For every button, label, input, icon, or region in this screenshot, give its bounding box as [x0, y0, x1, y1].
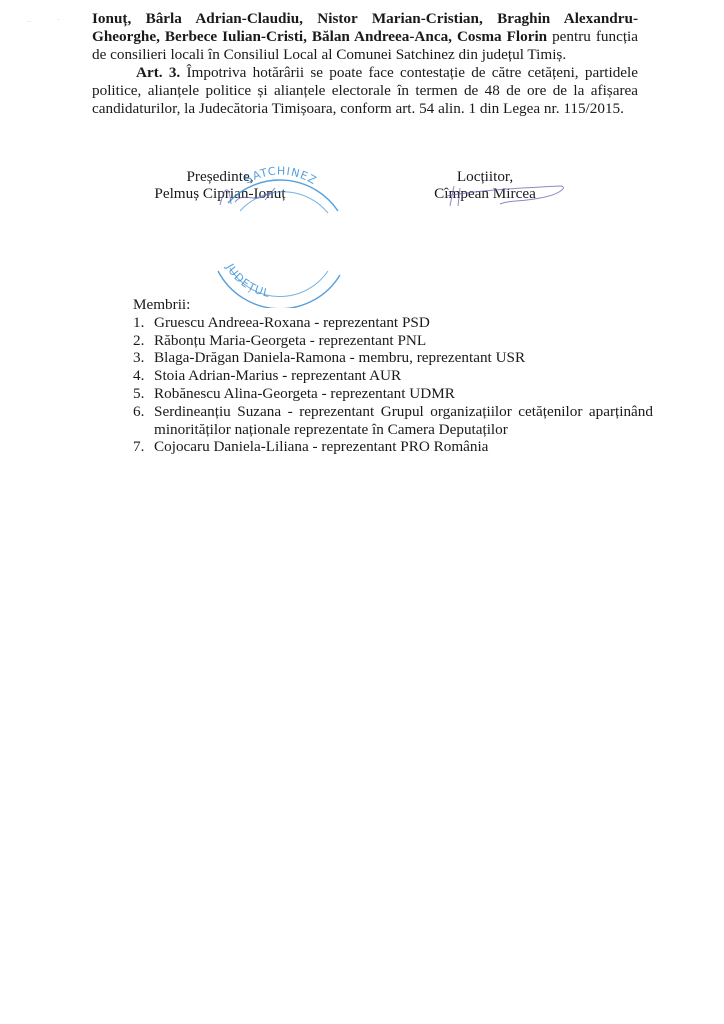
president-role: Președinte,	[145, 168, 295, 185]
member-item: 3.Blaga-Drăgan Daniela-Ramona - membru, …	[133, 349, 653, 367]
member-item: 1.Gruescu Andreea-Roxana - reprezentant …	[133, 314, 653, 332]
member-number: 2.	[133, 332, 144, 350]
member-number: 7.	[133, 438, 144, 456]
member-text: Răbonțu Maria-Georgeta - reprezentant PN…	[154, 332, 653, 350]
members-list: Membrii: 1.Gruescu Andreea-Roxana - repr…	[133, 296, 653, 456]
member-text: Robănescu Alina-Georgeta - reprezentant …	[154, 385, 653, 403]
signature-block-president: Președinte, Pelmuș Ciprian-Ionuț	[145, 168, 295, 202]
member-number: 5.	[133, 385, 144, 403]
member-number: 6.	[133, 403, 144, 421]
member-number: 4.	[133, 367, 144, 385]
member-item: 2.Răbonțu Maria-Georgeta - reprezentant …	[133, 332, 653, 350]
scan-artifact: ··	[27, 18, 32, 26]
paragraph-candidates: Ionuț, Bârla Adrian-Claudiu, Nistor Mari…	[92, 10, 638, 64]
stamp-bottom-text: JUDEȚUL	[223, 261, 272, 300]
member-text: Gruescu Andreea-Roxana - reprezentant PS…	[154, 314, 653, 332]
deputy-name: Cîmpean Mircea	[425, 185, 545, 202]
member-item: 6.Serdineanțiu Suzana - reprezentant Gru…	[133, 403, 653, 439]
document-page: ·· · Ionuț, Bârla Adrian-Claudiu, Nistor…	[0, 0, 724, 1024]
member-text: Serdineanțiu Suzana - reprezentant Grupu…	[154, 403, 653, 439]
member-number: 1.	[133, 314, 144, 332]
article-3: Art. 3. Împotriva hotărârii se poate fac…	[92, 64, 638, 118]
members-title: Membrii:	[133, 296, 653, 314]
member-item: 4.Stoia Adrian-Marius - reprezentant AUR	[133, 367, 653, 385]
member-number: 3.	[133, 349, 144, 367]
president-name: Pelmuș Ciprian-Ionuț	[145, 185, 295, 202]
member-text: Cojocaru Daniela-Liliana - reprezentant …	[154, 438, 653, 456]
scan-artifact: ·	[57, 16, 59, 24]
svg-text:JUDEȚUL: JUDEȚUL	[223, 261, 272, 300]
member-text: Stoia Adrian-Marius - reprezentant AUR	[154, 367, 653, 385]
member-text: Blaga-Drăgan Daniela-Ramona - membru, re…	[154, 349, 653, 367]
signature-block-deputy: Locțiitor, Cîmpean Mircea	[425, 168, 545, 202]
deputy-role: Locțiitor,	[425, 168, 545, 185]
member-item: 5.Robănescu Alina-Georgeta - reprezentan…	[133, 385, 653, 403]
member-item: 7.Cojocaru Daniela-Liliana - reprezentan…	[133, 438, 653, 456]
article-label: Art. 3.	[136, 64, 180, 81]
